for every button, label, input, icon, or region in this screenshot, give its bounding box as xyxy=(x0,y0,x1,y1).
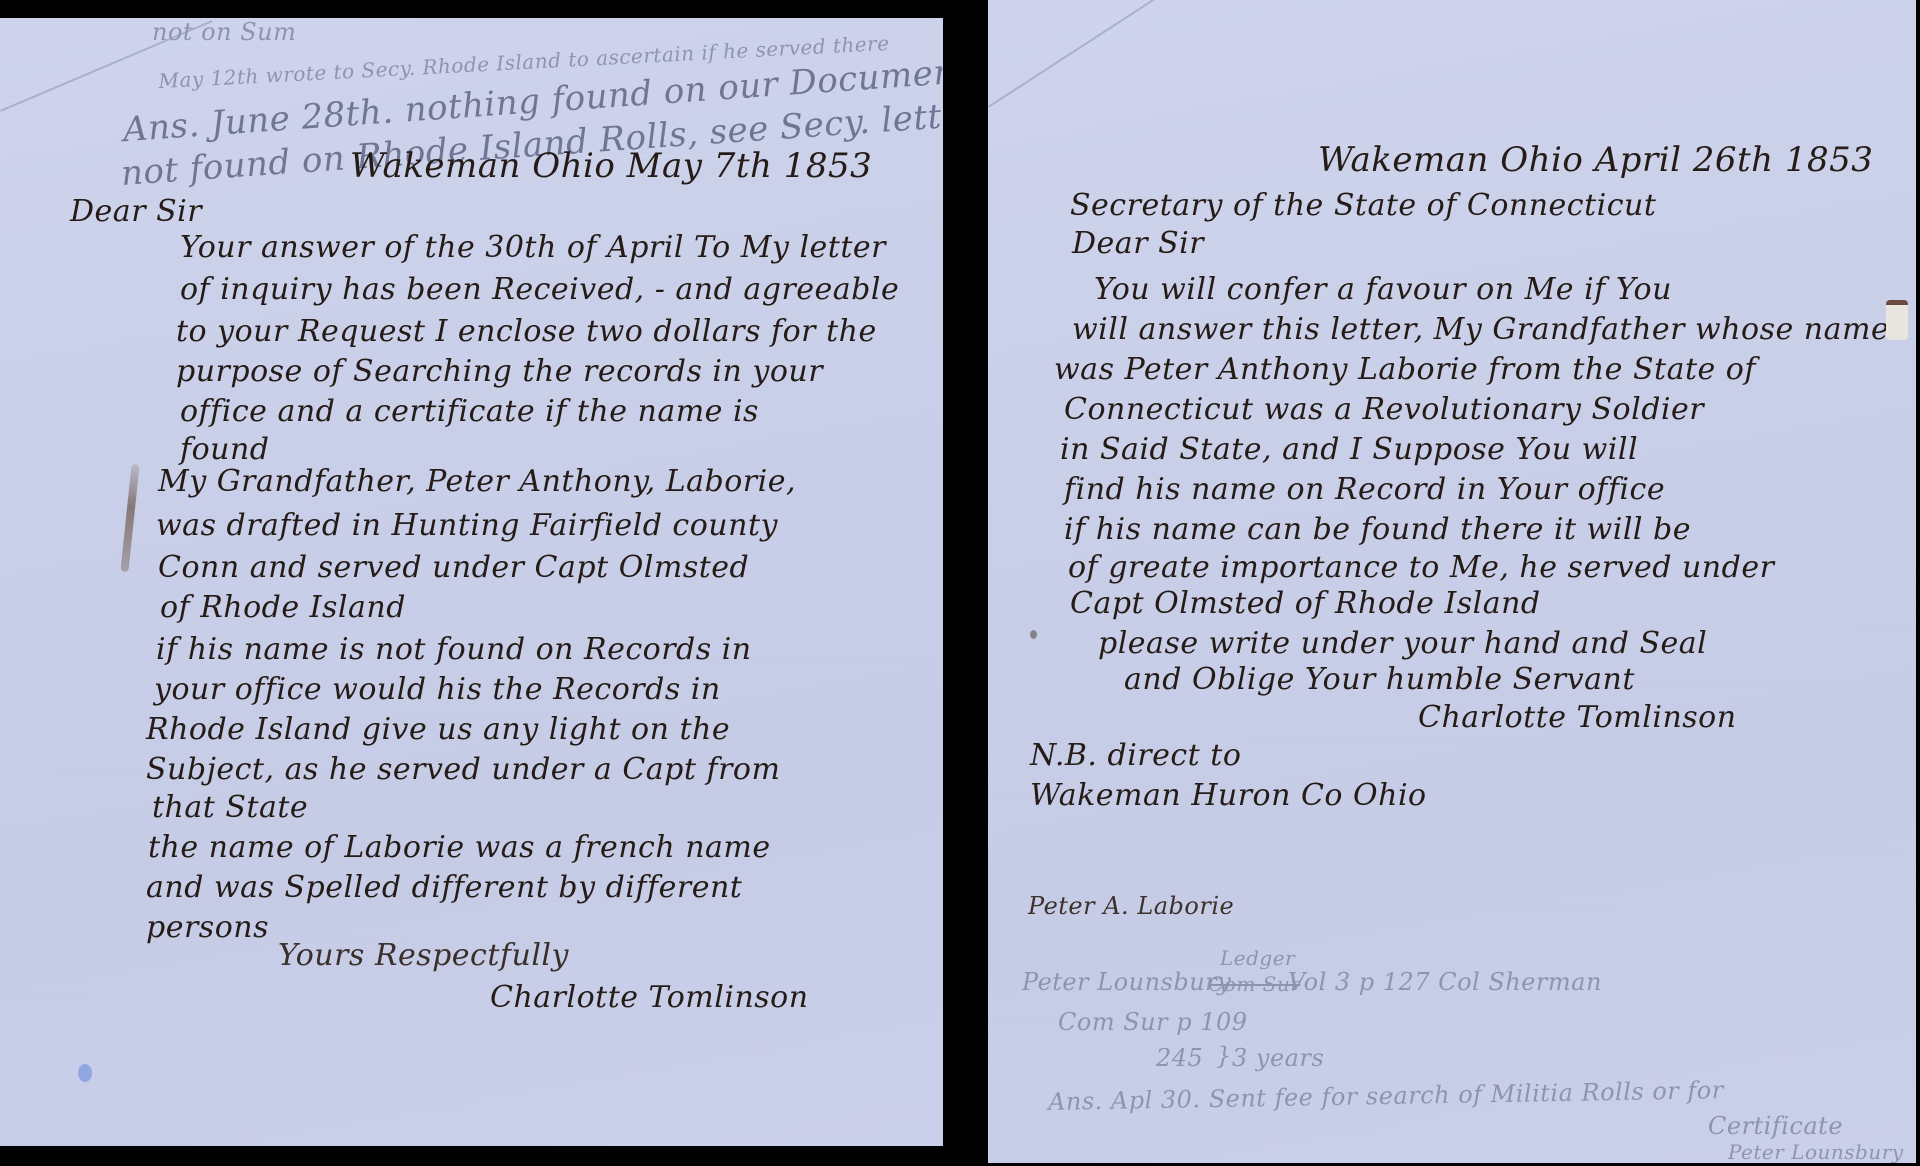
docket-name: Peter A. Laborie xyxy=(1028,892,1234,920)
letter-page-april-26: Wakeman Ohio April 26th 1853 Secretary o… xyxy=(988,0,1916,1163)
nb-direct-to: N.B. direct to xyxy=(1030,738,1241,773)
body-line: if his name is not found on Records in xyxy=(156,632,752,667)
body-line: You will confer a favour on Me if You xyxy=(1094,272,1672,307)
letter-page-may-7: not on Sum May 12th wrote to Secy. Rhode… xyxy=(0,18,943,1146)
body-line: was Peter Anthony Laborie from the State… xyxy=(1054,352,1756,387)
body-line: the name of Laborie was a french name xyxy=(148,830,771,865)
pencil-note-superscript: Ledger xyxy=(1220,946,1295,970)
body-line: your office would his the Records in xyxy=(154,672,721,707)
dateline: Wakeman Ohio April 26th 1853 xyxy=(1318,140,1873,180)
pencil-note-volume: Vol 3 p 127 Col Sherman xyxy=(1288,968,1602,996)
paper-fold-crease xyxy=(988,0,1165,108)
body-line: purpose of Searching the records in your xyxy=(176,354,823,389)
body-line: Connecticut was a Revolutionary Soldier xyxy=(1064,392,1704,427)
ink-blot xyxy=(78,1064,92,1082)
body-line: Conn and served under Capt Olmsted xyxy=(158,550,749,585)
signature: Charlotte Tomlinson xyxy=(490,980,809,1015)
salutation: Dear Sir xyxy=(70,194,202,229)
pencil-note-certificate: Certificate xyxy=(1708,1112,1843,1140)
pencil-note-brace: } xyxy=(1216,1042,1232,1070)
pencil-note-name: Peter Lounsbury xyxy=(1022,968,1231,996)
pencil-note-years: 3 years xyxy=(1232,1044,1324,1072)
closing: Yours Respectfully xyxy=(278,938,569,973)
ink-dot xyxy=(1030,630,1037,639)
pencil-note-not-on-sum: not on Sum xyxy=(152,18,296,46)
body-line: please write under your hand and Seal xyxy=(1098,626,1707,661)
pencil-note-number: 245 xyxy=(1156,1044,1203,1072)
body-line: of greate importance to Me, he served un… xyxy=(1068,550,1774,585)
pencil-note-name-2: Peter Lounsbury xyxy=(1728,1140,1904,1163)
pencil-note-struck: Com Sur xyxy=(1208,972,1300,996)
body-line: was drafted in Hunting Fairfield county xyxy=(156,508,778,543)
body-line: of inquiry has been Received, - and agre… xyxy=(180,272,899,307)
paper-tear xyxy=(1886,300,1908,340)
signature: Charlotte Tomlinson xyxy=(1418,700,1737,735)
body-line: that State xyxy=(152,790,308,825)
body-line: if his name can be found there it will b… xyxy=(1064,512,1691,547)
body-line: found xyxy=(180,432,270,467)
margin-marker-line xyxy=(120,464,139,572)
body-line: Your answer of the 30th of April To My l… xyxy=(180,230,886,265)
body-line: to your Request I enclose two dollars fo… xyxy=(176,314,877,349)
salutation: Dear Sir xyxy=(1072,226,1204,261)
addressee: Secretary of the State of Connecticut xyxy=(1070,188,1656,223)
body-line: Subject, as he served under a Capt from xyxy=(146,752,780,787)
body-line: office and a certificate if the name is xyxy=(180,394,759,429)
body-line: find his name on Record in Your office xyxy=(1064,472,1665,507)
pencil-note-com-sur: Com Sur p 109 xyxy=(1058,1008,1248,1036)
body-line: Rhode Island give us any light on the xyxy=(146,712,730,747)
body-line: My Grandfather, Peter Anthony, Laborie, xyxy=(158,464,796,499)
body-line: will answer this letter, My Grandfather … xyxy=(1072,312,1889,347)
body-line: of Rhode Island xyxy=(160,590,406,625)
body-line: persons xyxy=(146,910,269,945)
body-line: in Said State, and I Suppose You will xyxy=(1060,432,1638,467)
body-line: and was Spelled different by different xyxy=(146,870,742,905)
dateline: Wakeman Ohio May 7th 1853 xyxy=(350,146,872,186)
body-line: and Oblige Your humble Servant xyxy=(1124,662,1635,697)
nb-address: Wakeman Huron Co Ohio xyxy=(1030,778,1427,813)
pencil-note-answer: Ans. Apl 30. Sent fee for search of Mili… xyxy=(1048,1076,1724,1116)
body-line: Capt Olmsted of Rhode Island xyxy=(1070,586,1541,621)
